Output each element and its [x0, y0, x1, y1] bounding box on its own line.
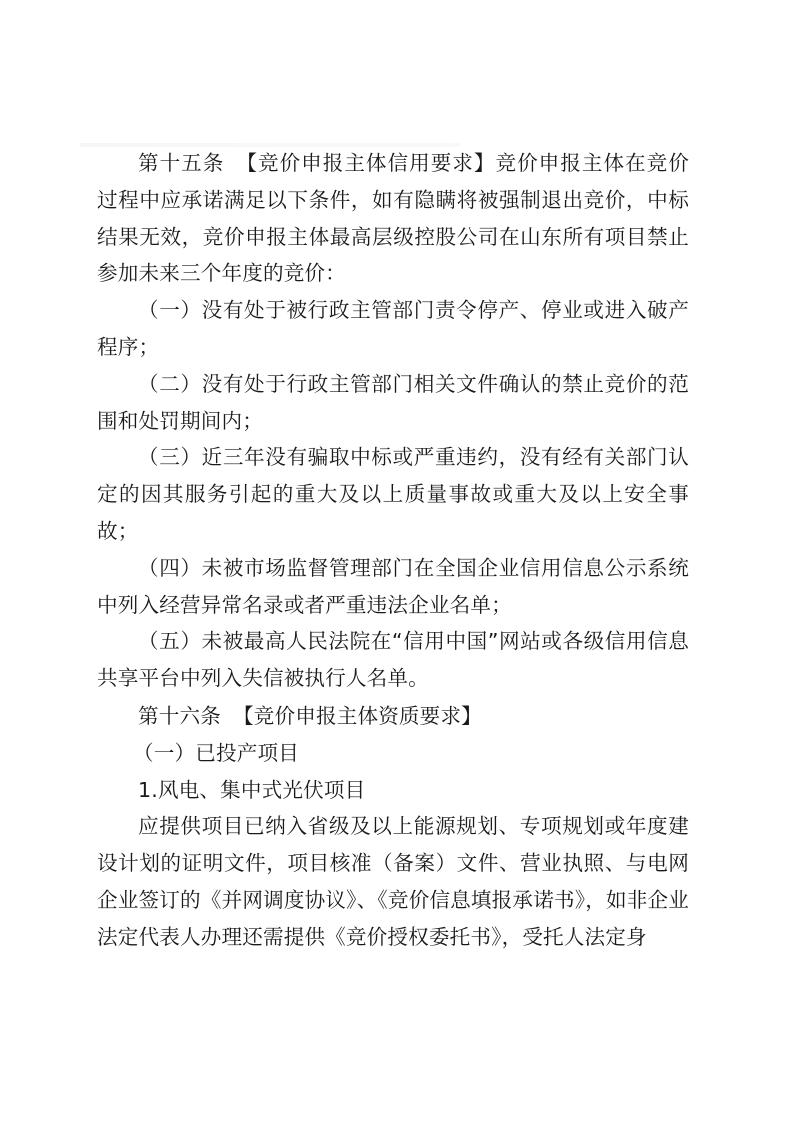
article-15-number: 第十五条	[138, 151, 224, 175]
document-body: 第十五条【竞价申报主体信用要求】竞价申报主体在竞价过程中应承诺满足以下条件，如有…	[97, 144, 689, 956]
article-15-item-4: （四）未被市场监督管理部门在全国企业信用信息公示系统中列入经营异常名录或者严重违…	[97, 550, 689, 624]
article-16-subsection-1: 1.风电、集中式光伏项目	[97, 772, 689, 809]
article-16-heading: 【竞价申报主体资质要求】	[233, 704, 482, 728]
article-16-paragraph: 应提供项目已纳入省级及以上能源规划、专项规划或年度建设计划的证明文件，项目核准（…	[97, 808, 689, 955]
article-15-item-3: （三）近三年没有骗取中标或严重违约，没有经有关部门认定的因其服务引起的重大及以上…	[97, 439, 689, 549]
article-16-section-1: （一）已投产项目	[97, 735, 689, 772]
article-16-heading-line: 第十六条【竞价申报主体资质要求】	[97, 698, 689, 735]
article-15-heading: 【竞价申报主体信用要求】	[236, 151, 495, 175]
article-15-item-1: （一）没有处于被行政主管部门责令停产、停业或进入破产程序；	[97, 292, 689, 366]
article-15-item-2: （二）没有处于行政主管部门相关文件确认的禁止竞价的范围和处罚期间内；	[97, 366, 689, 440]
article-15-paragraph: 第十五条【竞价申报主体信用要求】竞价申报主体在竞价过程中应承诺满足以下条件，如有…	[97, 145, 689, 292]
article-16-number: 第十六条	[138, 704, 221, 728]
article-15-item-5: （五）未被最高人民法院在“信用中国”网站或各级信用信息共享平台中列入失信被执行人…	[97, 623, 689, 697]
document-page: 第十五条【竞价申报主体信用要求】竞价申报主体在竞价过程中应承诺满足以下条件，如有…	[0, 0, 793, 1122]
